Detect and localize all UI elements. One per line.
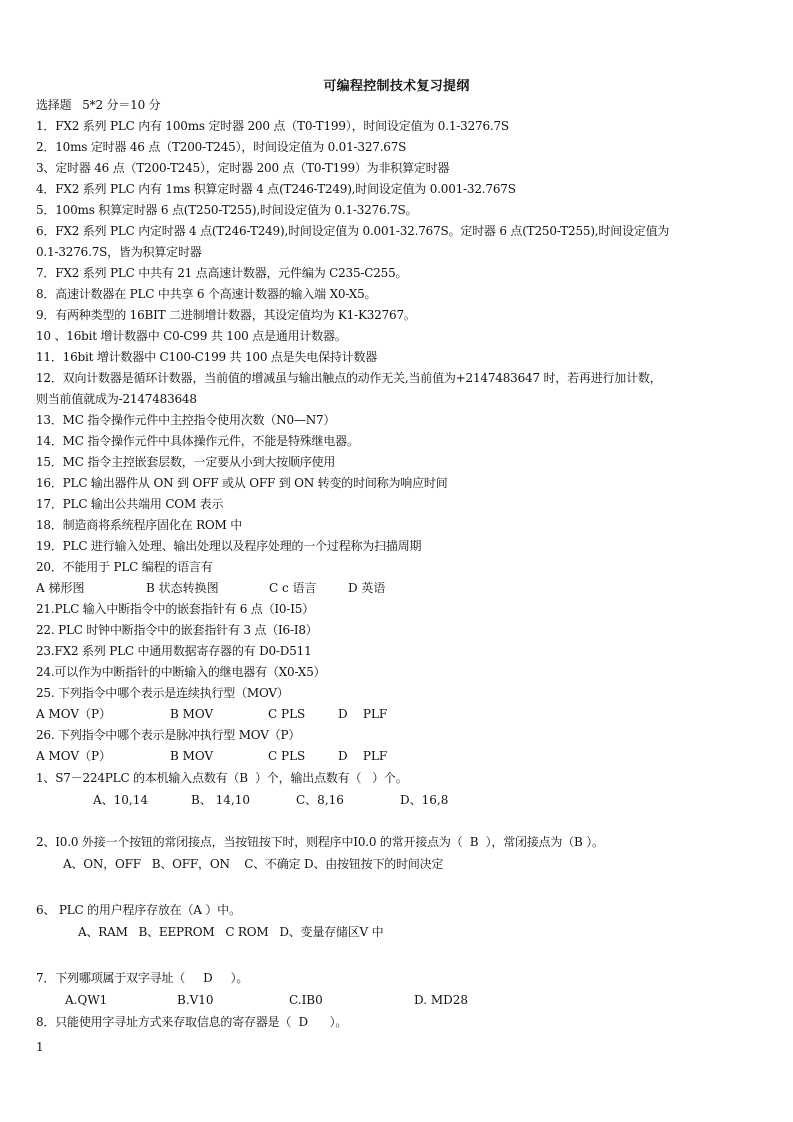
mc-question-6: 6、 PLC 的用户程序存放在（A ）中。 [36, 902, 241, 918]
list-item: 15．MC 指令主控嵌套层数，一定要从小到大按顺序使用 [36, 454, 335, 470]
list-item: 13．MC 指令操作元件中主控指令使用次数（N0—N7） [36, 412, 335, 428]
list-item: 1．FX2 系列 PLC 内有 100ms 定时器 200 点（T0-T199）… [36, 118, 509, 134]
option-a: A MOV（P） [36, 706, 111, 722]
mc-question-8: 8．只能使用字寻址方式来存取信息的寄存器是（ D ）。 [36, 1014, 347, 1030]
list-item: 22. PLC 时钟中断指令中的嵌套指针有 3 点（I6-I8） [36, 622, 318, 638]
list-item: 25. 下列指令中哪个表示是连续执行型（MOV） [36, 685, 289, 701]
mc-question-1: 1、S7－224PLC 的本机输入点数有（B ）个，输出点数有（ ）个。 [36, 770, 408, 786]
list-item-continuation: 则当前值就成为-2147483648 [36, 391, 197, 407]
option-c: C c 语言 [269, 580, 317, 596]
list-item: 10 、16bit 增计数器中 C0-C99 共 100 点是通用计数器。 [36, 328, 347, 344]
list-item: 24.可以作为中断指针的中断输入的继电器有（X0-X5） [36, 664, 325, 680]
mc2-options: A、ON，OFF B、OFF，ON C、不确定 D、由按钮按下的时间决定 [63, 856, 443, 872]
list-item: 17．PLC 输出公共端用 COM 表示 [36, 496, 223, 512]
option-a: A 梯形图 [36, 580, 84, 596]
list-item: 9．有两种类型的 16BIT 二进制增计数器，其设定值均为 K1-K32767。 [36, 307, 416, 323]
list-item: 3、定时器 46 点（T200-T245），定时器 200 点（T0-T199）… [36, 160, 449, 176]
option-c: C.IB0 [289, 992, 323, 1008]
list-item: 23.FX2 系列 PLC 中通用数据寄存器的有 D0-D511 [36, 643, 312, 659]
list-item: 16．PLC 输出器件从 ON 到 OFF 或从 OFF 到 ON 转变的时间称… [36, 475, 447, 491]
list-item: 4．FX2 系列 PLC 内有 1ms 积算定时器 4 点(T246-T249)… [36, 181, 516, 197]
document-page: 可编程控制技术复习提纲 选择题 5*2 分＝10 分 1．FX2 系列 PLC … [0, 0, 793, 1122]
option-a: A.QW1 [65, 992, 107, 1008]
page-number: 1 [36, 1040, 44, 1054]
option-b: B.V10 [177, 992, 214, 1008]
list-item: 11．16bit 增计数器中 C100-C199 共 100 点是失电保持计数器 [36, 349, 377, 365]
list-item: 7．FX2 系列 PLC 中共有 21 点高速计数器，元件编为 C235-C25… [36, 265, 407, 281]
option-c: C PLS [268, 748, 305, 764]
option-d: D PLF [338, 748, 387, 764]
option-b: B、 14,10 [191, 792, 250, 808]
list-item: 26. 下列指令中哪个表示是脉冲执行型 MOV（P） [36, 727, 300, 743]
option-b: B MOV [170, 748, 213, 764]
option-b: B MOV [170, 706, 213, 722]
option-a: A、10,14 [93, 792, 148, 808]
option-d: D. MD28 [414, 992, 468, 1008]
mc-question-7: 7．下列哪项属于双字寻址（ D ）。 [36, 970, 248, 986]
list-item-continuation: 0.1-3276.7S，皆为积算定时器 [36, 244, 202, 260]
mc-question-2: 2、I0.0 外接一个按钮的常闭接点，当按钮按下时，则程序中I0.0 的常开接点… [36, 834, 604, 850]
option-a: A MOV（P） [36, 748, 111, 764]
option-c: C、8,16 [296, 792, 344, 808]
document-title: 可编程控制技术复习提纲 [0, 75, 793, 94]
list-item: 2．10ms 定时器 46 点（T200-T245），时间设定值为 0.01-3… [36, 139, 406, 155]
mc6-options: A、RAM B、EEPROM C ROM D、变量存储区V 中 [78, 924, 383, 940]
option-b: B 状态转换图 [146, 580, 219, 596]
option-d: D、16,8 [400, 792, 448, 808]
option-d: D PLF [338, 706, 387, 722]
list-item: 6．FX2 系列 PLC 内定时器 4 点(T246-T249),时间设定值为 … [36, 223, 669, 239]
list-item: 14．MC 指令操作元件中具体操作元件，不能是特殊继电器。 [36, 433, 359, 449]
list-item: 20．不能用于 PLC 编程的语言有 [36, 559, 213, 575]
option-c: C PLS [268, 706, 305, 722]
list-item: 12．双向计数器是循环计数器，当前值的增减虽与输出触点的动作无关,当前值为+21… [36, 370, 662, 386]
list-item: 5．100ms 积算定时器 6 点(T250-T255),时间设定值为 0.1-… [36, 202, 417, 218]
list-item: 18．制造商将系统程序固化在 ROM 中 [36, 517, 242, 533]
list-item: 21.PLC 输入中断指令中的嵌套指针有 6 点（I0-I5） [36, 601, 314, 617]
section-heading: 选择题 5*2 分＝10 分 [36, 97, 160, 113]
list-item: 8．高速计数器在 PLC 中共享 6 个高速计数器的输入端 X0-X5。 [36, 286, 376, 302]
list-item: 19．PLC 进行输入处理、输出处理以及程序处理的一个过程称为扫描周期 [36, 538, 421, 554]
option-d: D 英语 [348, 580, 385, 596]
